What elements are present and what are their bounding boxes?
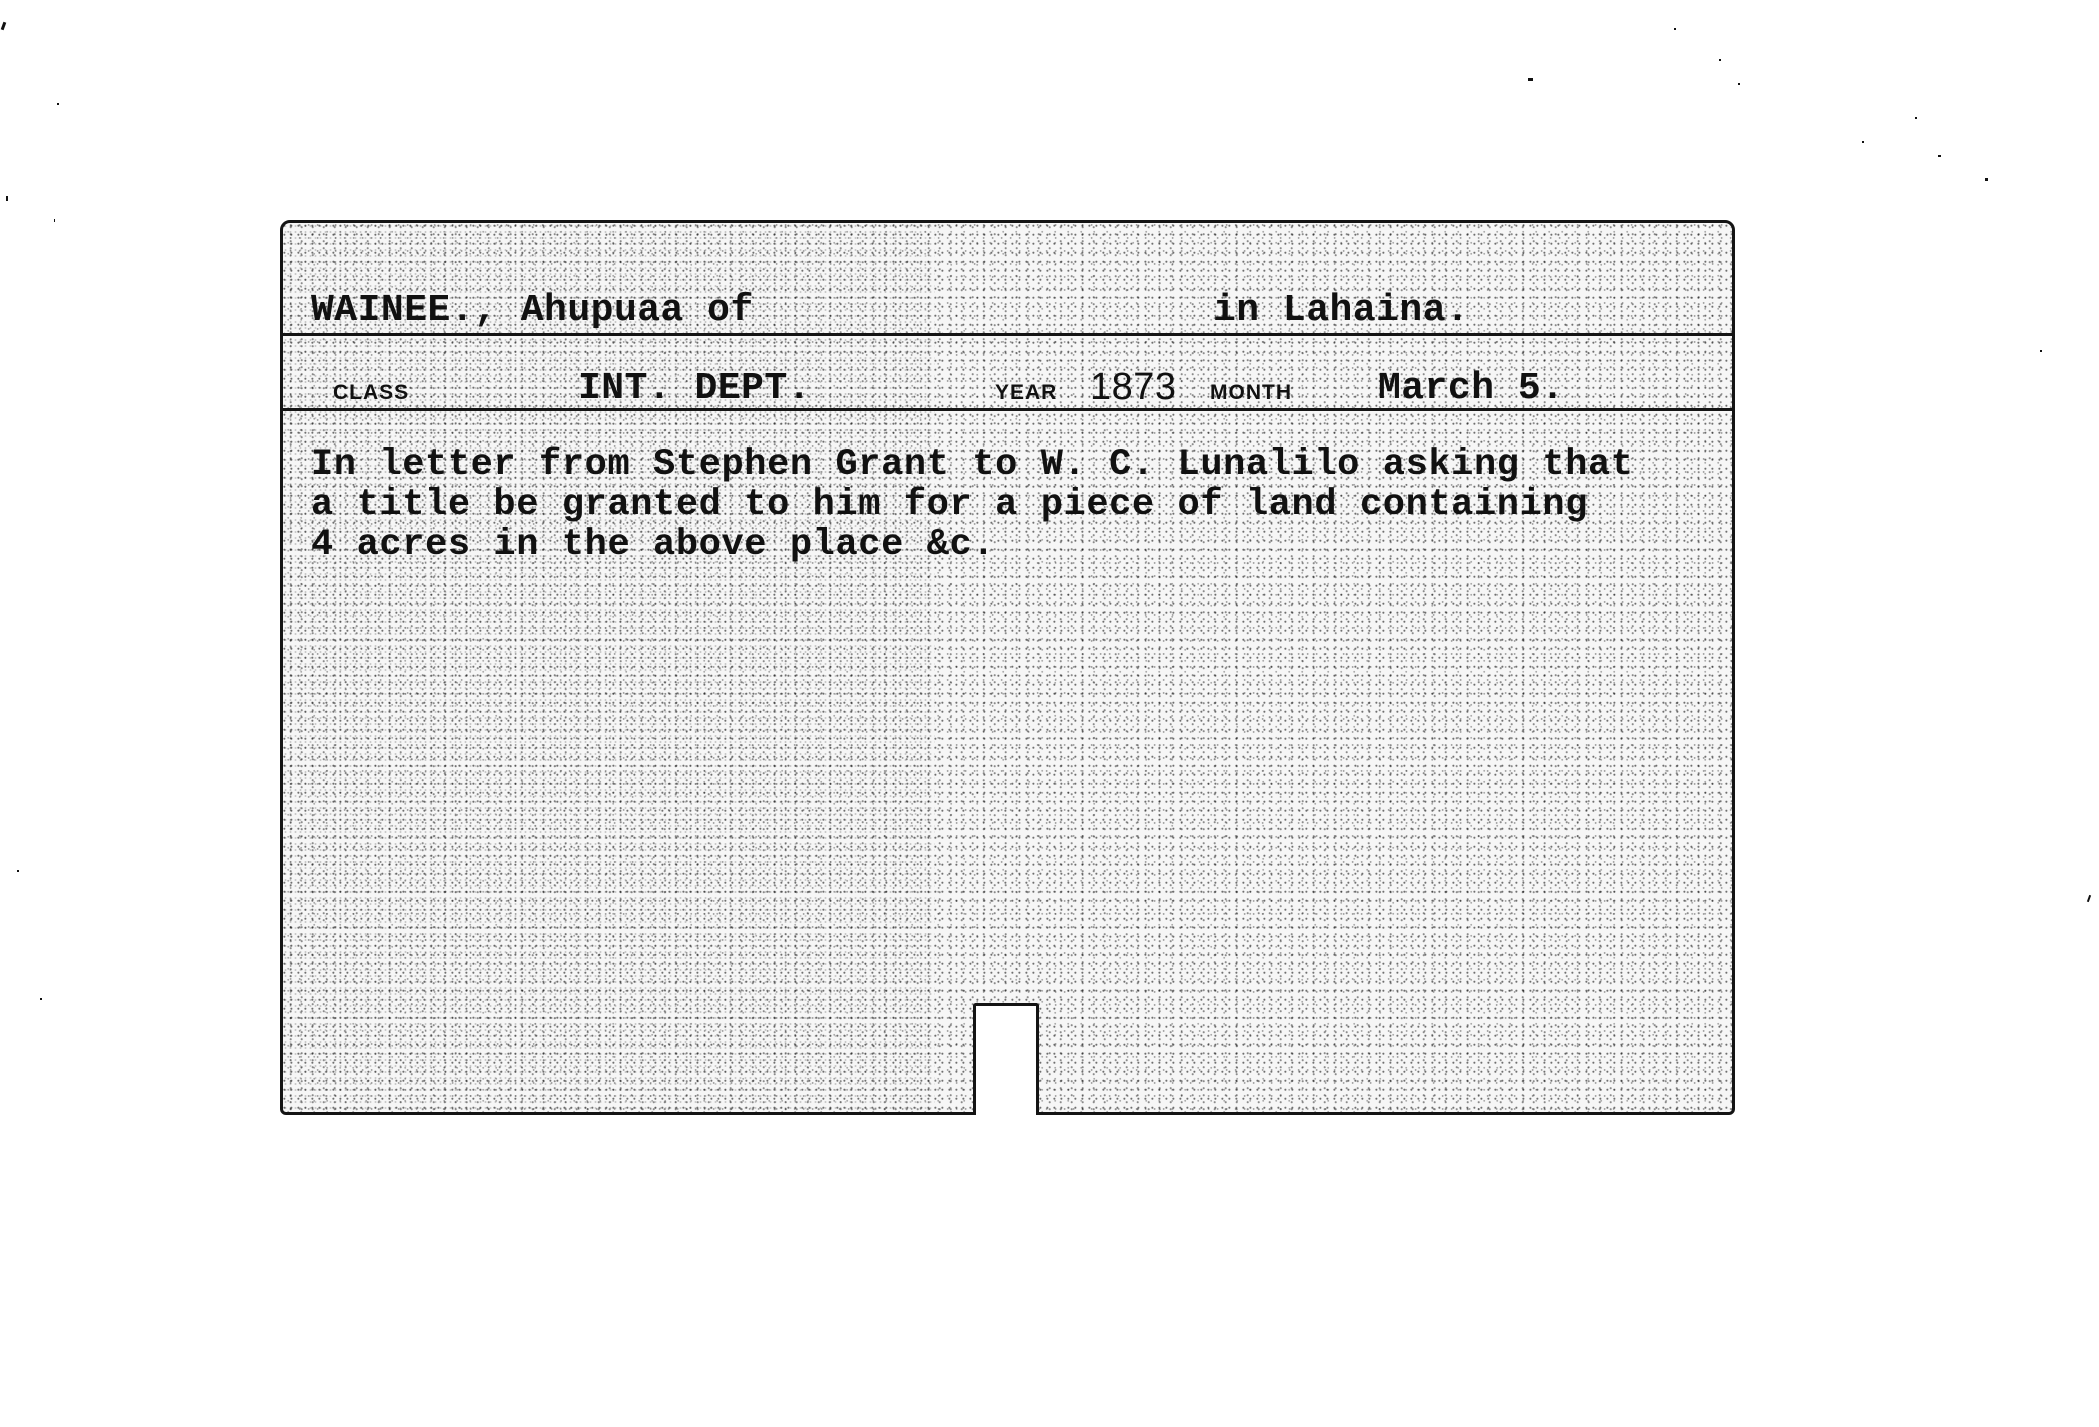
scan-speck — [2040, 350, 2042, 352]
scan-speck — [1915, 117, 1917, 119]
scan-speck — [40, 998, 42, 1000]
year-value: 1873 — [1090, 366, 1177, 409]
scan-speck — [2087, 895, 2091, 902]
scan-speck — [1, 22, 7, 31]
card-heading-name: WAINEE., Ahupuaa of — [311, 289, 754, 332]
scan-speck — [1719, 59, 1721, 61]
card-rod-notch — [973, 1003, 1039, 1115]
paper-texture — [283, 223, 935, 1112]
scanned-page: WAINEE., Ahupuaa of in Lahaina. CLASS IN… — [0, 0, 2099, 1427]
rule-line-fields — [283, 408, 1732, 411]
scan-speck — [54, 219, 55, 222]
class-label: CLASS — [333, 381, 409, 405]
scan-speck — [1938, 155, 1941, 157]
body-line: In letter from Stephen Grant to W. C. Lu… — [311, 445, 1634, 485]
scan-speck — [1985, 178, 1988, 181]
body-line: a title be granted to him for a piece of… — [311, 485, 1634, 525]
month-label: MONTH — [1210, 381, 1292, 405]
scan-speck — [57, 103, 59, 105]
scan-speck — [1674, 28, 1676, 30]
scan-speck — [17, 870, 19, 872]
scan-speck — [1738, 83, 1740, 85]
card-heading-location: in Lahaina. — [1213, 289, 1469, 332]
index-card: WAINEE., Ahupuaa of in Lahaina. CLASS IN… — [280, 220, 1735, 1115]
body-line: 4 acres in the above place &c. — [311, 525, 1634, 565]
card-body: In letter from Stephen Grant to W. C. Lu… — [311, 445, 1634, 565]
scan-speck — [1528, 78, 1533, 81]
scan-speck — [6, 196, 8, 201]
scan-speck — [1862, 141, 1864, 143]
class-value: INT. DEPT. — [578, 367, 811, 410]
rule-line-heading — [283, 333, 1732, 336]
month-value: March 5. — [1378, 367, 1564, 410]
year-label: YEAR — [995, 381, 1057, 405]
